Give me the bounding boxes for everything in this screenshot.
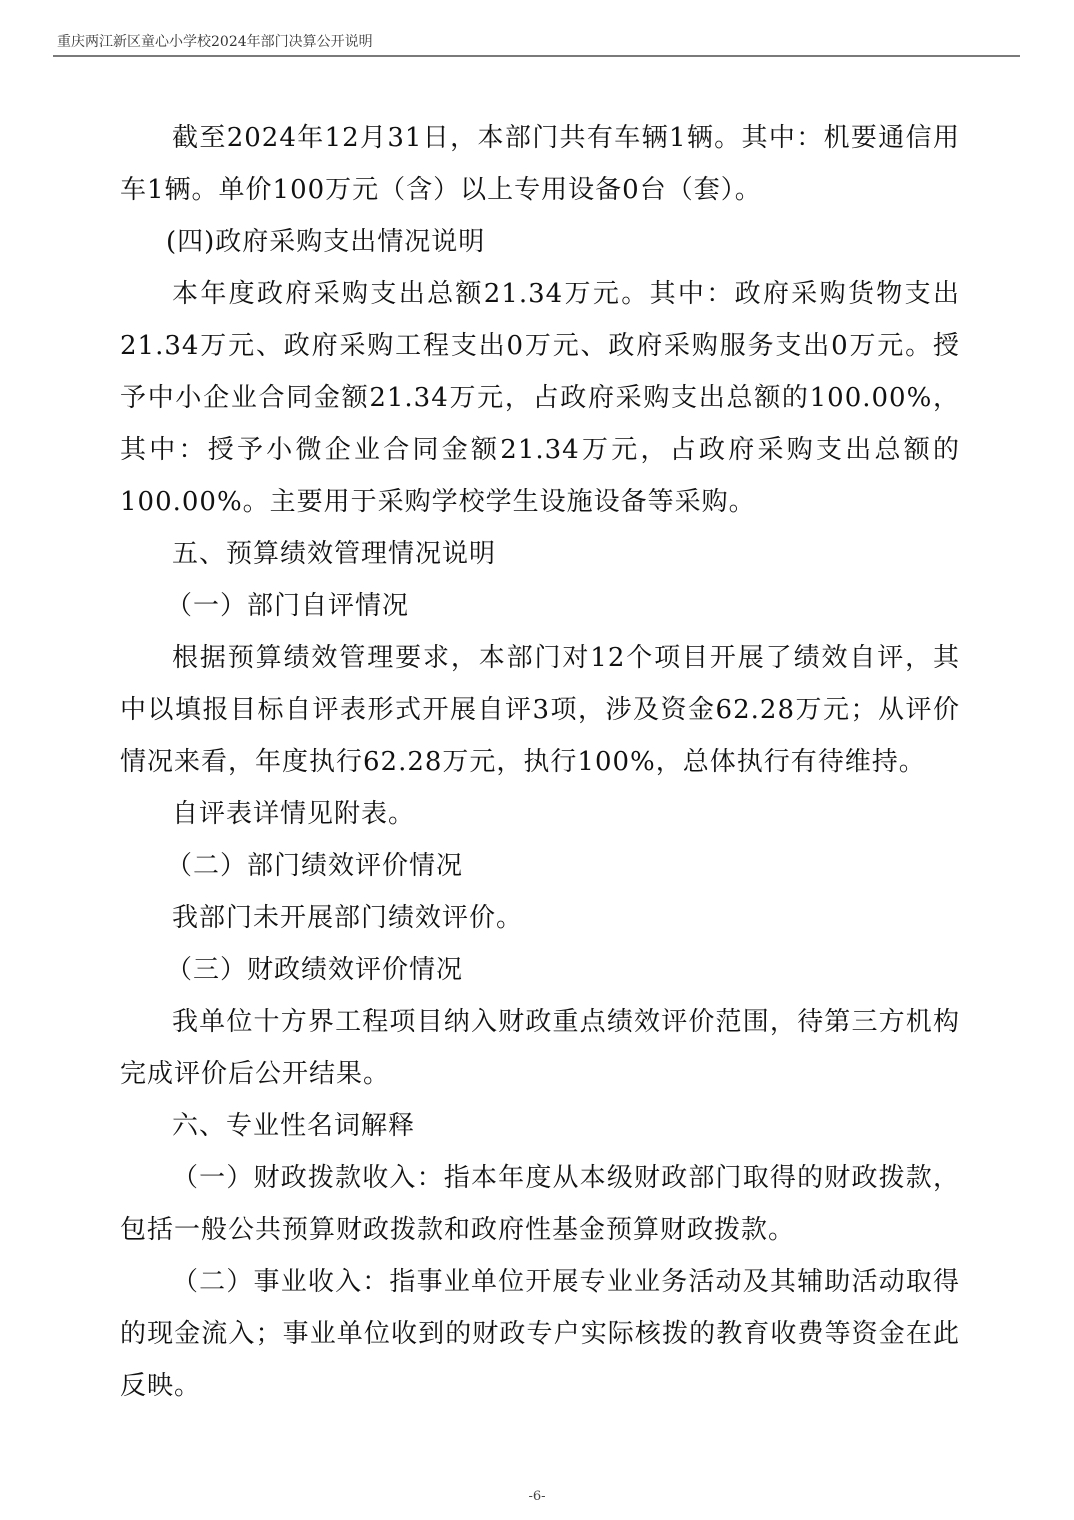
fiscal-evaluation-paragraph: 我单位十方界工程项目纳入财政重点绩效评价范围，待第三方机构完成评价后公开结果。 (120, 996, 960, 1100)
page-header: 重庆两江新区童心小学校2024年部门决算公开说明 (53, 27, 1020, 57)
self-evaluation-heading: （一）部门自评情况 (120, 580, 960, 632)
fiscal-evaluation-heading: （三）财政绩效评价情况 (120, 944, 960, 996)
procurement-paragraph: 本年度政府采购支出总额21.34万元。其中：政府采购货物支出21.34万元、政府… (120, 268, 960, 528)
department-evaluation-heading: （二）部门绩效评价情况 (120, 840, 960, 892)
department-evaluation-paragraph: 我部门未开展部门绩效评价。 (120, 892, 960, 944)
self-evaluation-paragraph: 根据预算绩效管理要求，本部门对12个项目开展了绩效自评，其中以填报目标自评表形式… (120, 632, 960, 788)
vehicles-paragraph: 截至2024年12月31日，本部门共有车辆1辆。其中：机要通信用车1辆。单价10… (120, 112, 960, 216)
term-fiscal-appropriation: （一）财政拨款收入：指本年度从本级财政部门取得的财政拨款，包括一般公共预算财政拨… (120, 1152, 960, 1256)
self-evaluation-note: 自评表详情见附表。 (120, 788, 960, 840)
page-number: -6- (0, 1489, 1074, 1504)
document-title: 重庆两江新区童心小学校2024年部门决算公开说明 (57, 31, 373, 51)
document-body: 截至2024年12月31日，本部门共有车辆1辆。其中：机要通信用车1辆。单价10… (120, 112, 960, 1412)
term-business-income: （二）事业收入：指事业单位开展专业业务活动及其辅助活动取得的现金流入；事业单位收… (120, 1256, 960, 1412)
section-5-heading: 五、预算绩效管理情况说明 (120, 528, 960, 580)
section-6-heading: 六、专业性名词解释 (120, 1100, 960, 1152)
procurement-heading: (四)政府采购支出情况说明 (120, 216, 960, 268)
